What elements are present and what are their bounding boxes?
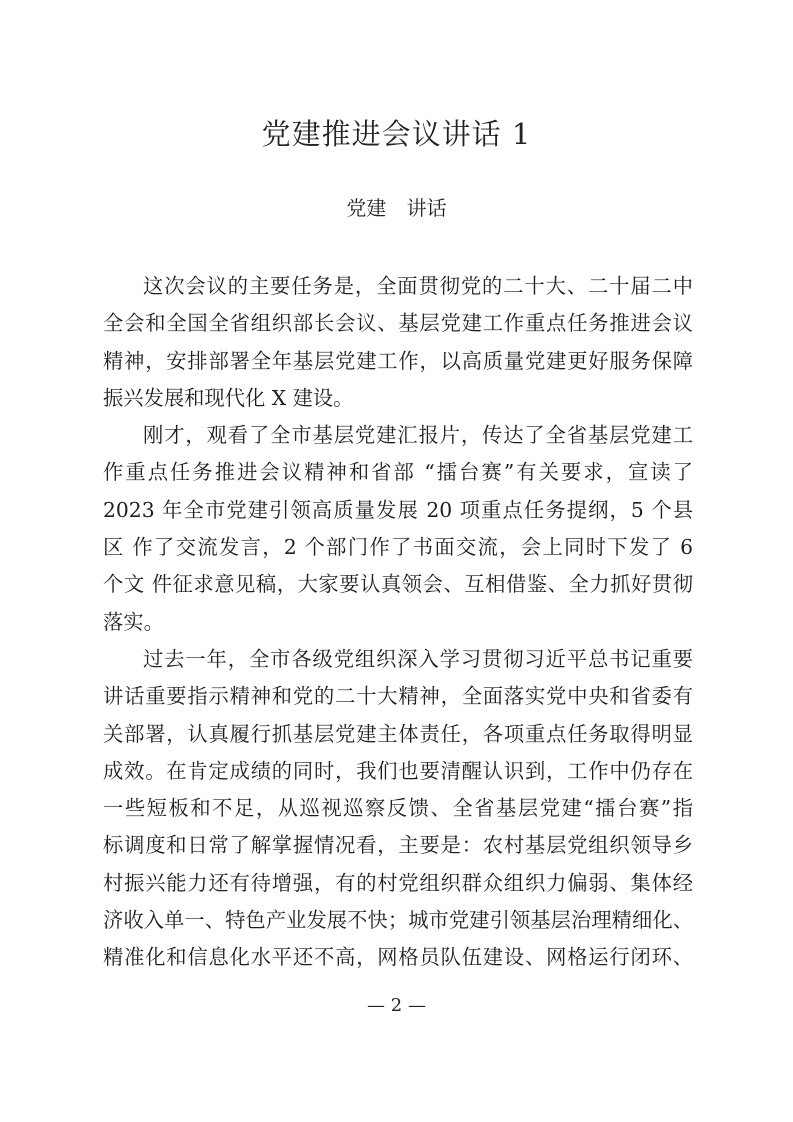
document-subtitle: 党建 讲话 <box>0 192 793 221</box>
text-line: 刚才，观看了全市基层党建汇报片，传达了全省基层党建工 <box>103 417 693 454</box>
text-line: 振兴发展和现代化 X 建设。 <box>103 380 693 417</box>
text-line: 落实。 <box>103 604 693 641</box>
text-line: 关部署，认真履行抓基层党建主体责任，各项重点任务取得明显 <box>103 716 693 753</box>
text-line: 过去一年，全市各级党组织深入学习贯彻习近平总书记重要 <box>103 641 693 678</box>
text-line: 讲话重要指示精神和党的二十大精神，全面落实党中央和省委有 <box>103 678 693 715</box>
text-line: 标调度和日常了解掌握情况看，主要是：农村基层党组织领导乡 <box>103 827 693 864</box>
text-line: 村振兴能力还有待增强，有的村党组织群众组织力偏弱、集体经 <box>103 865 693 902</box>
text-line: 一些短板和不足，从巡视巡察反馈、全省基层党建“擂台赛”指 <box>103 790 693 827</box>
document-page: 党建推进会议讲话 1 党建 讲话 这次会议的主要任务是，全面贯彻党的二十大、二十… <box>0 0 793 1122</box>
paragraph-1: 这次会议的主要任务是，全面贯彻党的二十大、二十届二中 全会和全国全省组织部长会议… <box>103 268 693 417</box>
text-line: 这次会议的主要任务是，全面贯彻党的二十大、二十届二中 <box>103 268 693 305</box>
document-title: 党建推进会议讲话 1 <box>0 112 793 153</box>
text-line: 全会和全国全省组织部长会议、基层党建工作重点任务推进会议 <box>103 305 693 342</box>
page-number: — 2 — <box>0 995 793 1016</box>
document-body: 这次会议的主要任务是，全面贯彻党的二十大、二十届二中 全会和全国全省组织部长会议… <box>103 268 693 977</box>
text-line: 精准化和信息化水平还不高，网格员队伍建设、网格运行闭环、 <box>103 939 693 976</box>
paragraph-3: 过去一年，全市各级党组织深入学习贯彻习近平总书记重要 讲话重要指示精神和党的二十… <box>103 641 693 977</box>
paragraph-2: 刚才，观看了全市基层党建汇报片，传达了全省基层党建工 作重点任务推进会议精神和省… <box>103 417 693 641</box>
text-line: 个文 件征求意见稿，大家要认真领会、互相借鉴、全力抓好贯彻 <box>103 566 693 603</box>
text-line: 作重点任务推进会议精神和省部 “擂台赛”有关要求，宣读了 <box>103 454 693 491</box>
text-line: 2023 年全市党建引领高质量发展 20 项重点任务提纲，5 个县 <box>103 492 693 529</box>
text-line: 区 作了交流发言，2 个部门作了书面交流，会上同时下发了 6 <box>103 529 693 566</box>
text-line: 成效。在肯定成绩的同时，我们也要清醒认识到，工作中仍存在 <box>103 753 693 790</box>
text-line: 济收入单一、特色产业发展不快；城市党建引领基层治理精细化、 <box>103 902 693 939</box>
text-line: 精神，安排部署全年基层党建工作，以高质量党建更好服务保障 <box>103 343 693 380</box>
